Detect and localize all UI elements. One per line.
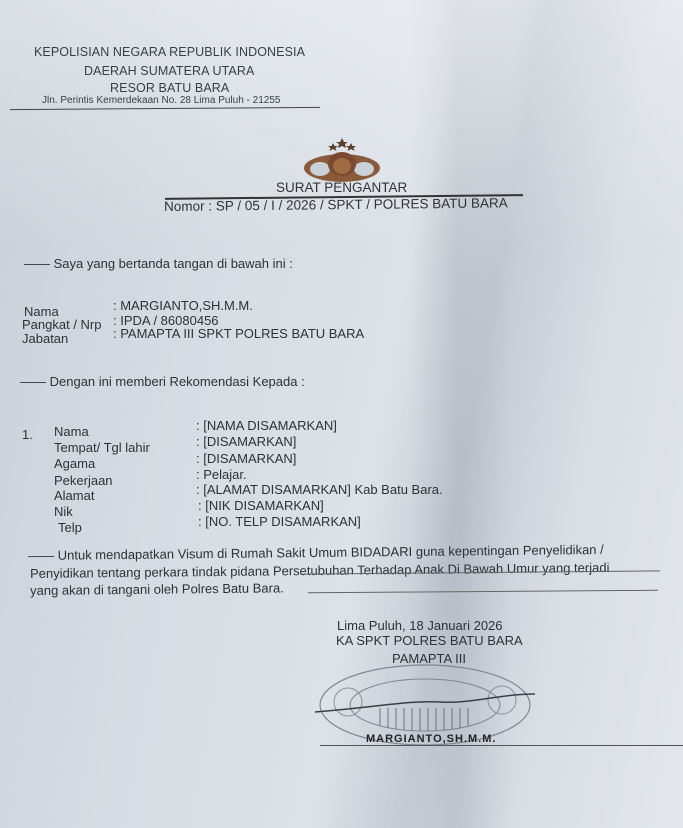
recipient-address-label: Alamat xyxy=(54,488,94,503)
signature-office: KA SPKT POLRES BATU BARA xyxy=(336,633,523,648)
purpose-line-2: Penyidikan tentang perkara tindak pidana… xyxy=(30,560,609,581)
signer-position-value: : PAMAPTA III SPKT POLRES BATU BARA xyxy=(113,326,364,341)
signer-position-label: Jabatan xyxy=(22,331,68,346)
letterhead-address: Jln. Perintis Kemerdekaan No. 28 Lima Pu… xyxy=(42,95,280,106)
purpose-line-1: —— Untuk mendapatkan Visum di Rumah Saki… xyxy=(28,542,604,563)
signer-name-value: : MARGIANTO,SH.M.M. xyxy=(113,298,253,313)
letterhead-line-1: KEPOLISIAN NEGARA REPUBLIK INDONESIA xyxy=(34,45,305,59)
recipient-religion-value: : [DISAMARKAN] xyxy=(196,451,296,466)
letterhead-rule xyxy=(10,107,320,110)
signature-rule xyxy=(320,745,683,746)
recipient-phone-value: : [NO. TELP DISAMARKAN] xyxy=(198,514,361,529)
recipient-nik-label: Nik xyxy=(54,504,73,519)
police-emblem-icon xyxy=(300,136,384,186)
recipient-occupation-value: : Pelajar. xyxy=(196,467,247,482)
purpose-rule-2 xyxy=(308,590,658,593)
recipient-name-label: Nama xyxy=(54,424,89,439)
recipient-nik-value: : [NIK DISAMARKAN] xyxy=(198,498,324,513)
recommendation-intro: —— Dengan ini memberi Rekomendasi Kepada… xyxy=(20,374,305,389)
recipient-occupation-label: Pekerjaan xyxy=(54,473,113,488)
signature-name: MARGIANTO,SH.M.M. xyxy=(366,733,496,745)
letterhead-line-3: RESOR BATU BARA xyxy=(110,81,229,95)
intro-text: —— Saya yang bertanda tangan di bawah in… xyxy=(24,256,293,271)
recipient-address-value: : [ALAMAT DISAMARKAN] Kab Batu Bara. xyxy=(196,482,443,497)
recipient-phone-label: Telp xyxy=(58,520,82,535)
recipient-religion-label: Agama xyxy=(54,456,95,471)
signer-rank-label: Pangkat / Nrp xyxy=(22,317,102,332)
recipient-number: 1. xyxy=(22,427,33,442)
recipient-birth-label: Tempat/ Tgl lahir xyxy=(54,440,150,455)
purpose-line-3: yang akan di tangani oleh Polres Batu Ba… xyxy=(30,580,284,598)
document-title: SURAT PENGANTAR xyxy=(276,180,407,195)
recipient-name-value: : [NAMA DISAMARKAN] xyxy=(196,418,337,433)
signature-place-date: Lima Puluh, 18 Januari 2026 xyxy=(337,618,503,633)
recipient-birth-value: : [DISAMARKAN] xyxy=(196,434,296,449)
letterhead-line-2: DAERAH SUMATERA UTARA xyxy=(84,64,254,78)
document-number: Nomor : SP / 05 / I / 2026 / SPKT / POLR… xyxy=(164,195,508,214)
